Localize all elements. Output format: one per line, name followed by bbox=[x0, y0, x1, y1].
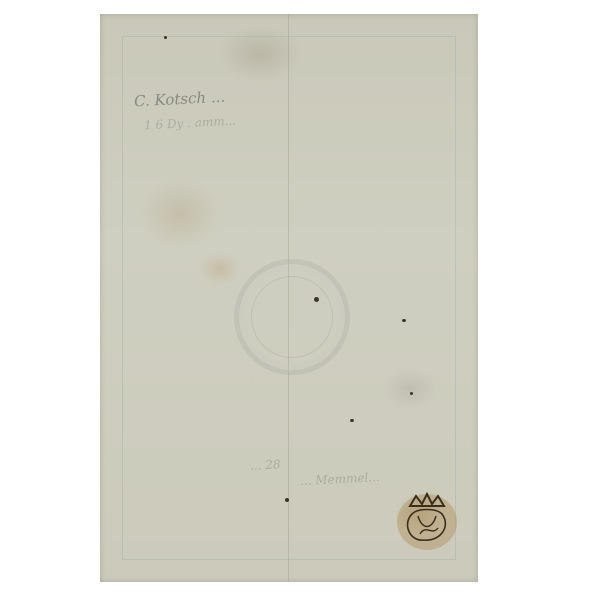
monogram-stamp-icon bbox=[392, 484, 462, 554]
ink-spot bbox=[350, 419, 354, 422]
ink-spot bbox=[285, 498, 289, 502]
document-page: C. Kotsch ... 1 6 Dy . amm... ... 28 ...… bbox=[100, 14, 478, 582]
ink-spot bbox=[314, 297, 319, 302]
handwriting-line-3: ... 28 bbox=[250, 457, 281, 473]
ink-spot bbox=[164, 36, 167, 39]
embossed-seal bbox=[237, 262, 347, 372]
ink-spot bbox=[402, 319, 406, 322]
ink-spot bbox=[410, 392, 413, 395]
embossed-seal-inner-ring bbox=[251, 276, 333, 358]
